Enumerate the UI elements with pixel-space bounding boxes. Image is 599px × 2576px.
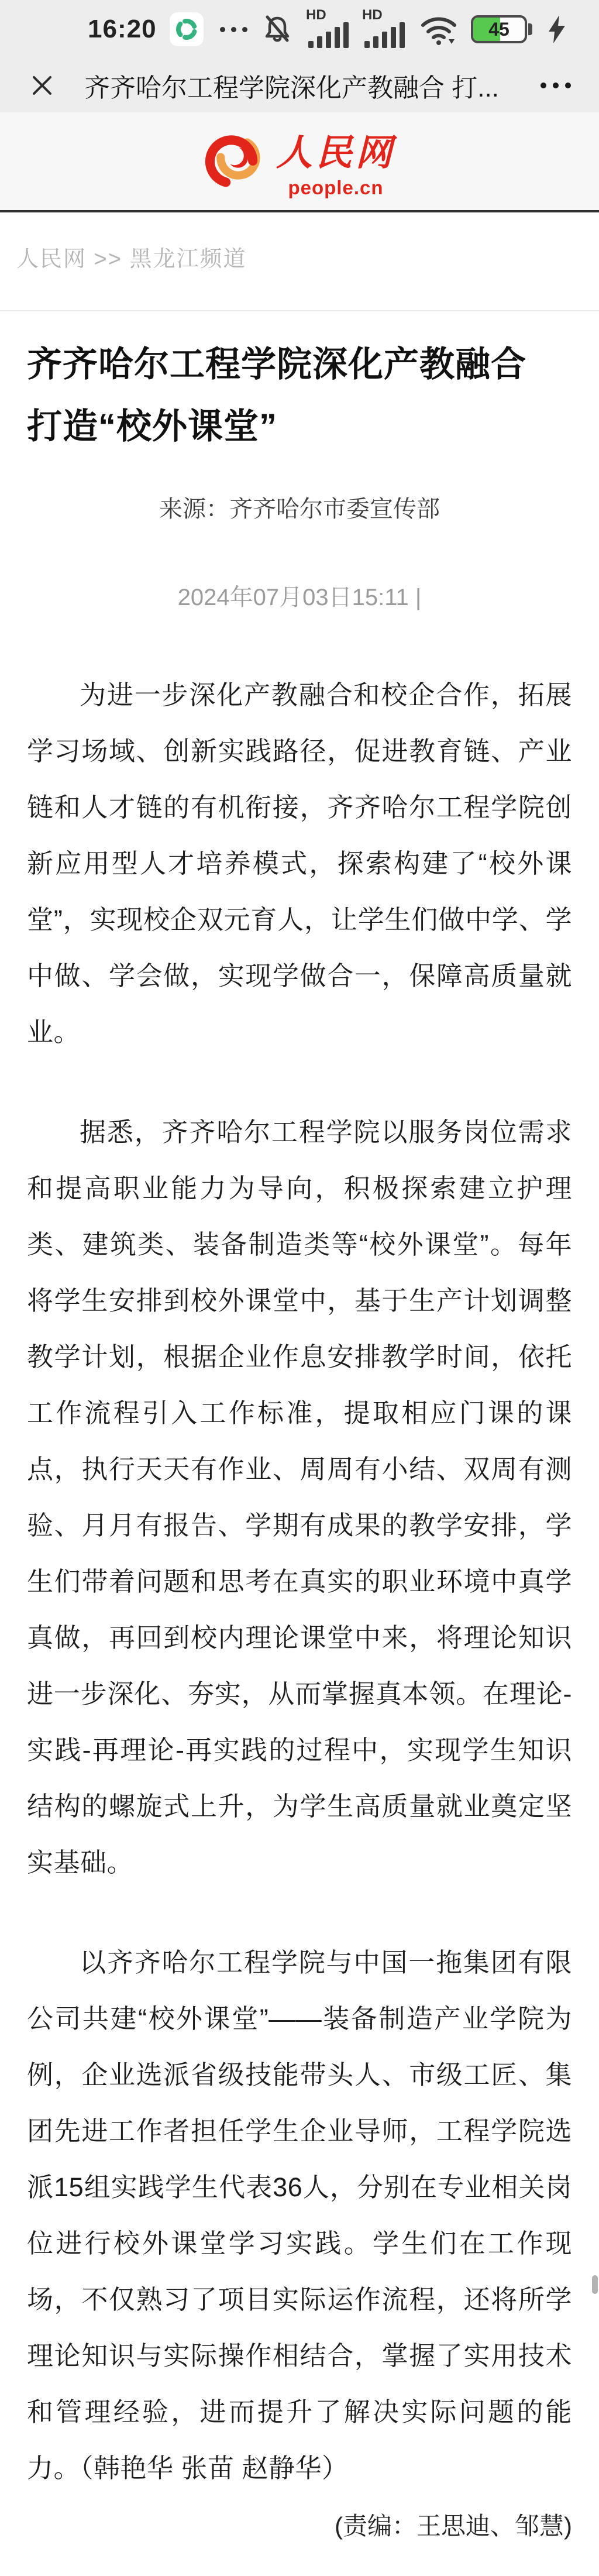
hd-label: HD — [306, 7, 326, 23]
logo-domain: people.cn — [288, 177, 383, 199]
recycle-swirl-icon — [174, 17, 199, 42]
masthead: 人民网 people.cn — [0, 112, 599, 212]
battery-icon: 45 — [471, 15, 532, 43]
scrollbar-thumb[interactable] — [592, 2275, 598, 2294]
signal-icon-sim2: HD — [363, 9, 407, 49]
editor-note: (责编：王思迪、邹慧) — [0, 2507, 599, 2576]
more-menu-button[interactable] — [537, 71, 574, 100]
browser-title-bar: 齐齐哈尔工程学院深化产教融合 打... — [0, 59, 599, 112]
floating-app-icon[interactable] — [170, 12, 204, 46]
article-paragraph: 据悉，齐齐哈尔工程学院以服务岗位需求和提高职业能力为导向，积极探索建立护理类、建… — [27, 1104, 572, 1891]
page-title: 齐齐哈尔工程学院深化产教融合 打... — [84, 67, 537, 104]
article-date: 2024年07月03日15:11 | — [27, 579, 572, 612]
logo-text: 人民网 — [276, 123, 395, 176]
charging-bolt-icon — [545, 14, 569, 44]
hd-label: HD — [362, 7, 383, 23]
status-ellipsis-icon — [220, 27, 247, 32]
people-logo-swirl-icon — [204, 129, 267, 194]
article-title: 齐齐哈尔工程学院深化产教融合 打造“校外课堂” — [27, 334, 572, 458]
article-source: 来源：齐齐哈尔市委宣传部 — [27, 490, 572, 524]
close-button[interactable] — [25, 68, 60, 103]
battery-percent-label: 45 — [488, 19, 510, 40]
breadcrumb-row: 人民网 >> 黑龙江频道 — [0, 212, 599, 311]
article-paragraph: 为进一步深化产教融合和校企合作，拓展学习场域、创新实践路径，促进教育链、产业链和… — [27, 667, 572, 1060]
people-cn-logo[interactable]: 人民网 people.cn — [204, 123, 395, 199]
article: 齐齐哈尔工程学院深化产教融合 打造“校外课堂” 来源：齐齐哈尔市委宣传部 202… — [0, 334, 599, 2496]
breadcrumb[interactable]: 人民网 >> 黑龙江频道 — [16, 247, 247, 272]
mute-bell-icon — [260, 12, 294, 46]
clock-label: 16:20 — [88, 15, 157, 44]
wifi-icon — [419, 13, 458, 45]
signal-icon-sim1: HD — [307, 9, 350, 49]
mobile-screen: { "status_bar": { "time": "16:20", "hd_l… — [0, 0, 599, 2576]
article-paragraph: 以齐齐哈尔工程学院与中国一拖集团有限公司共建“校外课堂”——装备制造产业学院为例… — [27, 1935, 572, 2496]
status-bar: 16:20 HD HD — [0, 0, 599, 59]
close-icon — [29, 73, 55, 98]
